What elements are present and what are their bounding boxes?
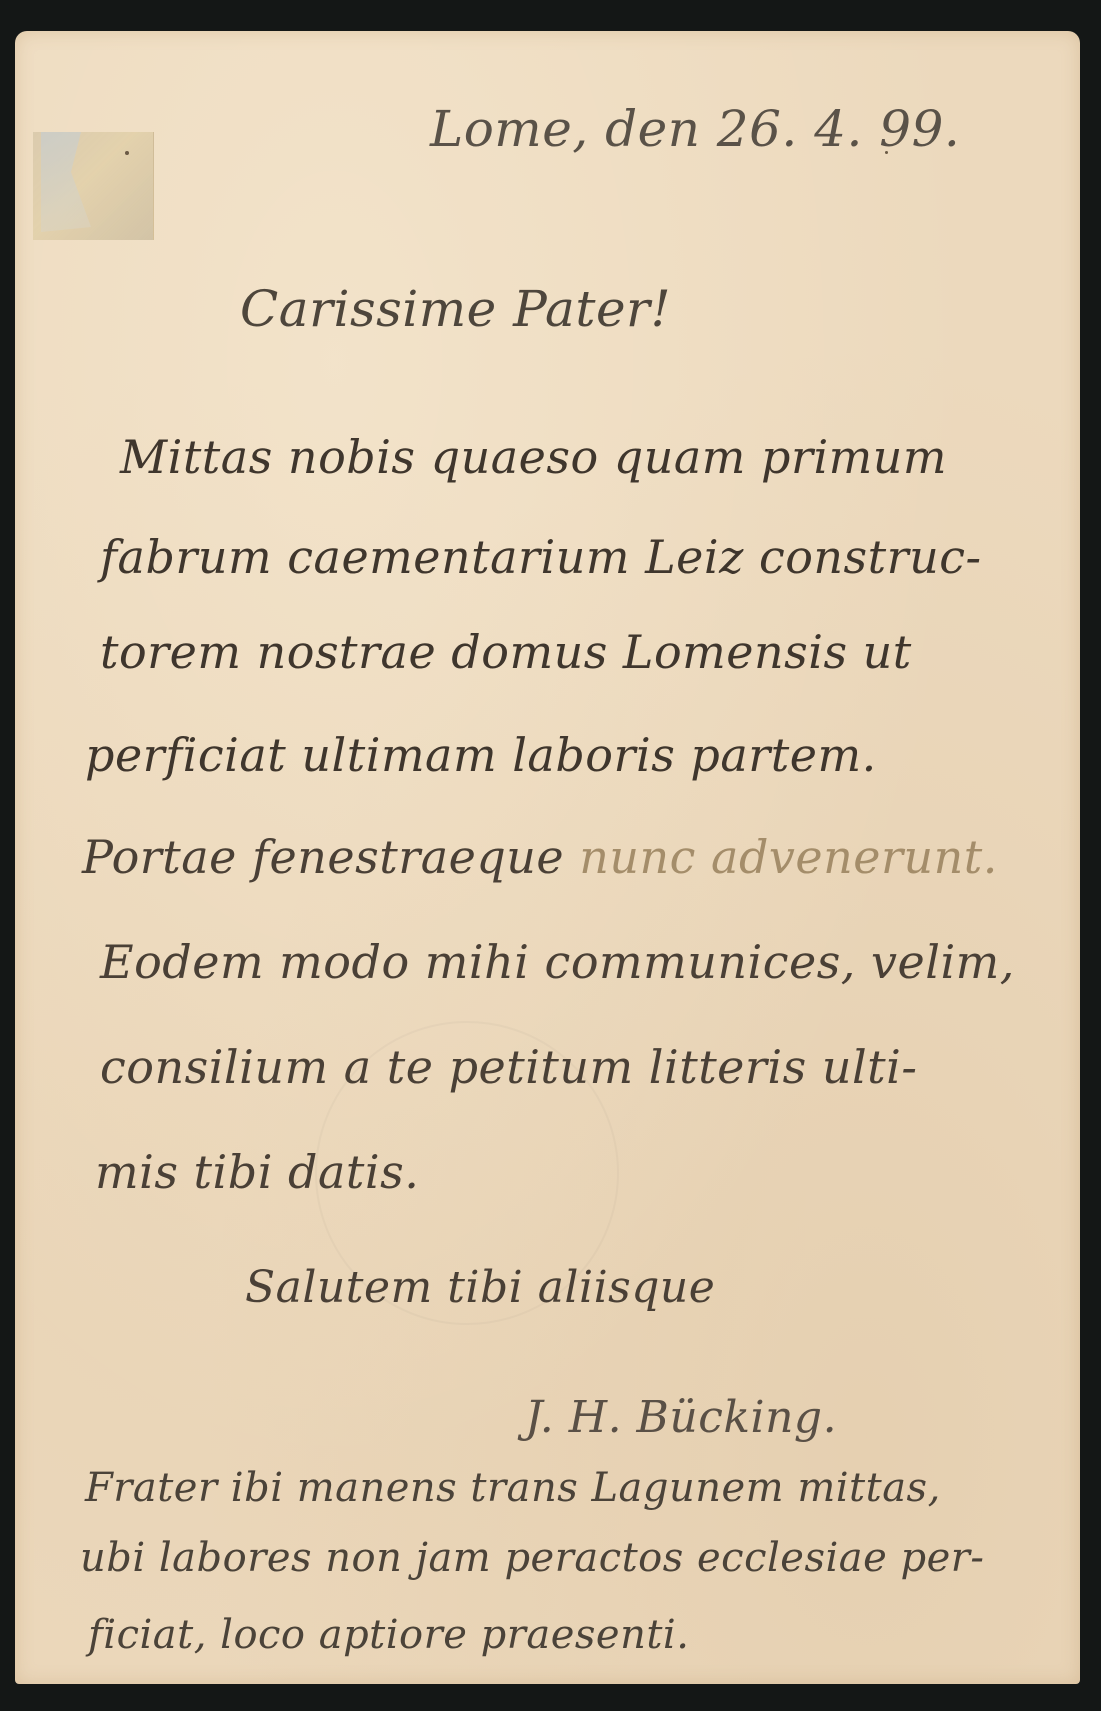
paper-speck — [125, 151, 129, 155]
postscript-line-2: ubi labores non jam peractos ecclesiae p… — [80, 1535, 984, 1581]
body-line-4: perficiat ultimam laboris partem. — [85, 728, 877, 782]
closing: Salutem tibi aliisque — [245, 1262, 715, 1313]
body-line-5-text: Portae fenestraeque — [82, 830, 564, 884]
tape-peel-mark — [41, 132, 91, 232]
body-line-7: consilium a te petitum litteris ulti- — [100, 1040, 917, 1094]
body-line-5: Portae fenestraeque nunc advenerunt. — [82, 830, 998, 884]
body-line-2: fabrum caementarium Leiz construc- — [100, 530, 982, 584]
body-line-6: Eodem modo mihi communices, velim, — [100, 935, 1015, 989]
body-line-8: mis tibi datis. — [95, 1145, 419, 1199]
adhesive-tape-residue — [33, 132, 154, 240]
postscript-line-1: Frater ibi manens trans Lagunem mittas, — [85, 1465, 941, 1511]
place-date: Lome, den 26. 4. 99. — [430, 100, 960, 158]
body-line-5-faded-text: nunc advenerunt. — [579, 830, 998, 884]
salutation: Carissime Pater! — [240, 280, 671, 338]
body-line-1: Mittas nobis quaeso quam primum — [120, 430, 947, 484]
body-line-3: torem nostrae domus Lomensis ut — [100, 625, 912, 679]
signature: J. H. Bücking. — [525, 1392, 837, 1443]
postscript-line-3: ficiat, loco aptiore praesenti. — [88, 1612, 689, 1658]
